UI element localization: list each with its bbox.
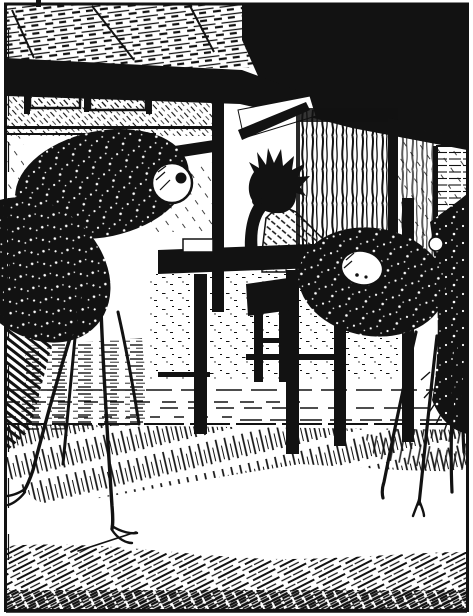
person-hand <box>252 196 262 206</box>
white-paper-on-table <box>183 239 213 252</box>
left-mosquito-pupil <box>176 173 187 184</box>
right-mosquito-highlight <box>429 237 443 251</box>
illustration-page <box>0 0 473 616</box>
left-mosquito-eye <box>152 163 192 203</box>
wall-shelf-openings <box>90 86 146 110</box>
frame-tick <box>36 0 41 7</box>
ink-illustration <box>0 0 473 616</box>
hatched-ceiling <box>6 4 258 68</box>
